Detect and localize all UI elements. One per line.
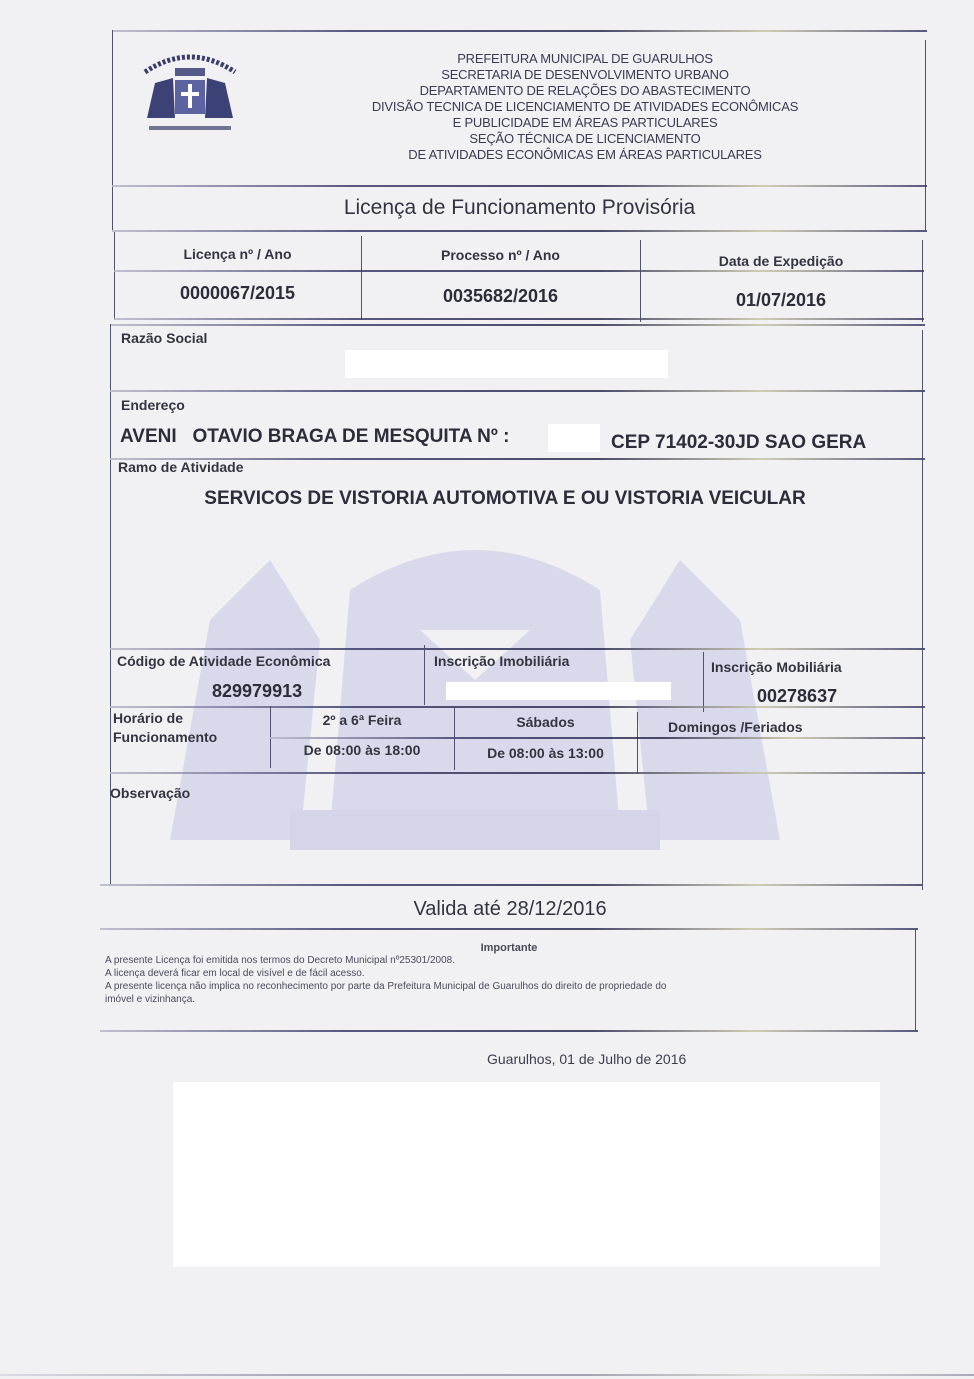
importante-line-3: A presente licença não implica no reconh… xyxy=(105,981,905,993)
inscricao-mobiliaria-value: 00278637 xyxy=(757,686,837,707)
inscricao-mobiliaria-label: Inscrição Mobiliária xyxy=(711,659,842,675)
header-line-1: PREFEITURA MUNICIPAL DE GUARULHOS xyxy=(300,51,870,66)
data-expedicao-label: Data de Expedição xyxy=(640,253,922,269)
endereco-value-part1: AVENI OTAVIO BRAGA DE MESQUITA Nº : xyxy=(120,426,509,448)
local-data: Guarulhos, 01 de Julho de 2016 xyxy=(487,1051,686,1067)
header-line-7: DE ATIVIDADES ECONÔMICAS EM ÁREAS PARTIC… xyxy=(300,147,870,162)
header-line-4: DIVISÃO TECNICA DE LICENCIAMENTO DE ATIV… xyxy=(300,99,870,114)
importante-line-4: imóvel e vizinhança. xyxy=(105,994,195,1006)
licenca-value: 0000067/2015 xyxy=(114,283,361,304)
coat-of-arms-logo xyxy=(135,48,245,138)
razao-social-value-redacted xyxy=(345,350,668,378)
domingo-label: Domingos /Feriados xyxy=(668,719,803,735)
sabado-value: De 08:00 às 13:00 xyxy=(454,745,637,761)
document-title: Licença de Funcionamento Provisória xyxy=(112,196,927,220)
horario-label-line2: Funcionamento xyxy=(113,729,217,745)
signature-block-redacted xyxy=(173,1082,880,1267)
logo-icon xyxy=(135,48,245,138)
importante-line-2: A licença deverá ficar em local de visív… xyxy=(105,968,365,980)
razao-social-label: Razão Social xyxy=(121,330,207,346)
importante-line-1: A presente Licença foi emitida nos termo… xyxy=(105,955,455,967)
inscricao-imobiliaria-label: Inscrição Imobiliária xyxy=(434,653,569,669)
horario-label-line1: Horário de xyxy=(113,710,183,726)
importante-title: Importante xyxy=(100,942,918,954)
ramo-atividade-label: Ramo de Atividade xyxy=(118,459,244,475)
validade-text: Valida até 28/12/2016 xyxy=(100,898,920,921)
endereco-value-part2: CEP 71402-30JD SAO GERA xyxy=(611,432,866,454)
semana-value: De 08:00 às 18:00 xyxy=(270,742,454,758)
codigo-atividade-value: 829979913 xyxy=(212,681,302,702)
licenca-label: Licença nº / Ano xyxy=(114,246,361,262)
header-line-5: E PUBLICIDADE EM ÁREAS PARTICULARES xyxy=(300,115,870,130)
processo-label: Processo nº / Ano xyxy=(361,247,640,263)
header-line-2: SECRETARIA DE DESENVOLVIMENTO URBANO xyxy=(300,67,870,82)
observacao-label: Observação xyxy=(110,785,190,801)
header-line-6: SEÇÃO TÉCNICA DE LICENCIAMENTO xyxy=(300,131,870,146)
endereco-label: Endereço xyxy=(121,397,185,413)
header-line-3: DEPARTAMENTO DE RELAÇÕES DO ABASTECIMENT… xyxy=(300,83,870,98)
endereco-number-redacted xyxy=(548,424,600,452)
semana-label: 2º a 6ª Feira xyxy=(270,712,454,728)
processo-value: 0035682/2016 xyxy=(361,286,640,307)
sabado-label: Sábados xyxy=(454,714,637,730)
data-expedicao-value: 01/07/2016 xyxy=(640,290,922,311)
inscricao-imobiliaria-value-redacted xyxy=(446,682,671,700)
codigo-atividade-label: Código de Atividade Econômica xyxy=(117,653,330,669)
ramo-atividade-value: SERVICOS DE VISTORIA AUTOMOTIVA E OU VIS… xyxy=(110,488,900,510)
